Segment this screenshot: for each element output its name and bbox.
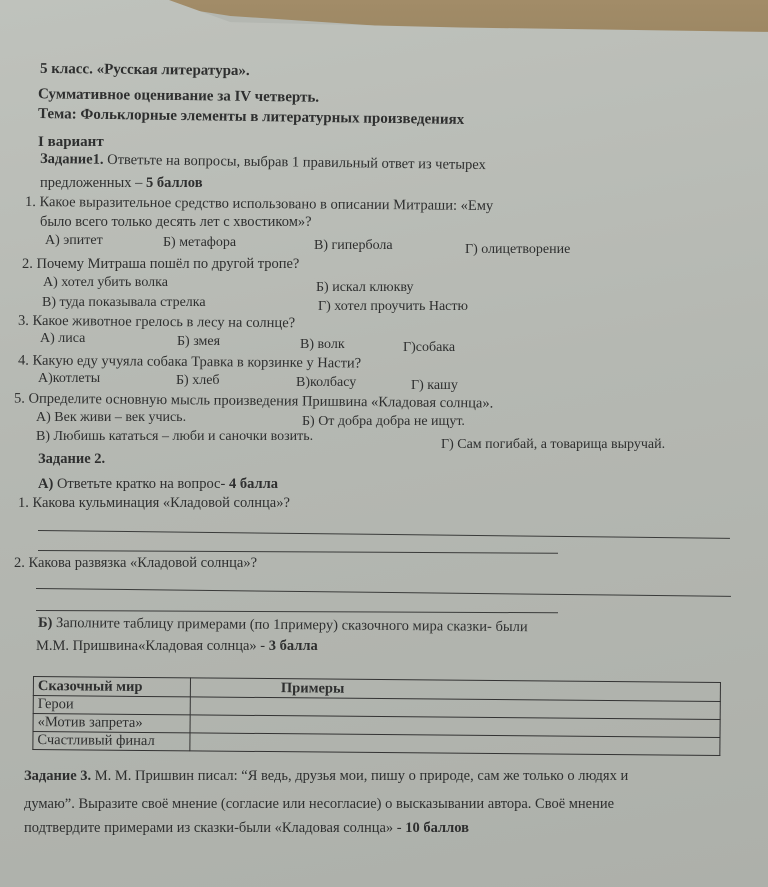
question-1-cont: было всего только десять лет с хвостиком… — [40, 214, 312, 230]
table-header-world: Сказочный мир — [33, 677, 190, 697]
task2-part-a-points: 4 балла — [229, 476, 278, 492]
task2-part-b-instruction-cont: М.М. Пришвина«Кладовая солнца» - 3 балла — [36, 638, 318, 654]
answer-line-1b[interactable] — [38, 550, 558, 554]
table-cell-happy-ending: Счастливый финал — [33, 732, 190, 751]
question-3: 3. Какое животное грелось в лесу на солн… — [18, 313, 295, 331]
task3-line-3: подтвердите примерами из сказки-были «Кл… — [24, 820, 469, 836]
q2-option-b[interactable]: Б) искал клюкву — [316, 280, 414, 296]
variant-label: I вариант — [38, 134, 104, 150]
q4-option-a[interactable]: А)котлеты — [38, 371, 100, 387]
task3-label: Задание 3. — [24, 768, 91, 784]
task2-part-a-instruction: А) Ответьте кратко на вопрос- 4 балла — [38, 476, 278, 492]
answer-line-2a[interactable] — [36, 588, 731, 597]
q1-option-a[interactable]: А) эпитет — [45, 233, 103, 249]
answer-line-1a[interactable] — [38, 530, 730, 539]
q4-option-d[interactable]: Г) кашу — [411, 378, 458, 394]
q5-option-a[interactable]: А) Век живи – век учись. — [36, 410, 186, 426]
table-cell-happy-ending-examples[interactable] — [190, 733, 720, 756]
q1-option-b[interactable]: Б) метафора — [163, 235, 236, 251]
q1-option-d[interactable]: Г) олицетворение — [465, 242, 570, 258]
q3-option-c[interactable]: В) волк — [300, 337, 345, 353]
grade-subject-title: 5 класс. «Русская литература». — [40, 61, 250, 79]
table-cell-heroes: Герои — [33, 696, 190, 715]
task3-points: 10 баллов — [405, 820, 469, 836]
q1-option-c[interactable]: В) гипербола — [314, 238, 393, 254]
fairytale-world-table: Сказочный мир Примеры Герои «Мотив запре… — [32, 676, 721, 756]
q4-option-b[interactable]: Б) хлеб — [176, 373, 220, 389]
task2-label: Задание 2. — [38, 451, 105, 467]
q3-option-d[interactable]: Г)собака — [403, 340, 455, 356]
q5-option-c[interactable]: В) Любишь кататься – люби и саночки вози… — [36, 429, 313, 445]
q5-option-b[interactable]: Б) От добра добра не ищут. — [302, 414, 465, 430]
topic-title: Тема: Фольклорные элементы в литературны… — [38, 106, 464, 128]
question-4: 4. Какую еду учуяла собака Травка в корз… — [18, 353, 361, 372]
q2-option-d[interactable]: Г) хотел проучить Настю — [318, 299, 468, 315]
answer-line-2b[interactable] — [36, 610, 558, 613]
q3-option-b[interactable]: Б) змея — [177, 334, 220, 350]
task1-points: 5 баллов — [146, 175, 203, 191]
q4-option-c[interactable]: В)колбасу — [296, 375, 356, 391]
task1-instruction: Задание1. Ответьте на вопросы, выбрав 1 … — [40, 151, 486, 173]
q2-option-a[interactable]: А) хотел убить волка — [43, 275, 168, 291]
task3-line-1: Задание 3. М. М. Пришвин писал: “Я ведь,… — [24, 768, 628, 784]
question-2: 2. Почему Митраша пошёл по другой тропе? — [22, 256, 299, 272]
q2-option-c[interactable]: В) туда показывала стрелка — [42, 295, 206, 311]
task1-label: Задание1. — [40, 151, 104, 168]
task2-part-b-instruction: Б) Заполните таблицу примерами (по 1прим… — [38, 615, 528, 635]
q3-option-a[interactable]: А) лиса — [40, 331, 85, 347]
task2-question-1: 1. Какова кульминация «Кладовой солнца»? — [18, 495, 290, 511]
table-cell-prohibition-motif: «Мотив запрета» — [33, 714, 190, 733]
q5-option-d[interactable]: Г) Сам погибай, а товарища выручай. — [441, 437, 665, 453]
task1-instruction-cont: предложенных – 5 баллов — [40, 175, 203, 191]
worksheet: 5 класс. «Русская литература». Суммативн… — [0, 0, 768, 887]
task2-question-2: 2. Какова развязка «Кладовой солнца»? — [14, 555, 257, 571]
question-1: 1. Какое выразительное средство использо… — [25, 194, 493, 214]
assessment-title: Суммативное оценивание за IV четверть. — [38, 86, 319, 105]
task3-line-2: думаю”. Выразите своё мнение (согласие и… — [24, 796, 614, 812]
task2-part-b-points: 3 балла — [269, 638, 318, 654]
